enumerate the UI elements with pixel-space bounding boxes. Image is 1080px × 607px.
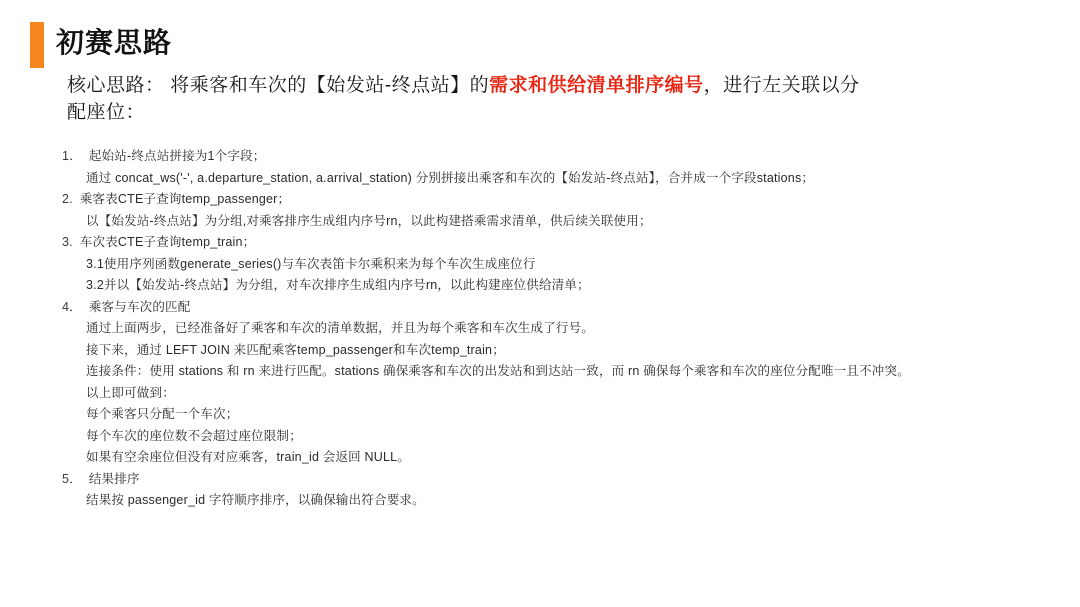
outline-subline: 如果有空余座位但没有对应乘客，train_id 会返回 NULL。: [62, 447, 1057, 469]
outline-subline: 3.1使用序列函数generate_series()与车次表笛卡尔乘积来为每个车…: [62, 254, 1057, 276]
outline-subline: 每个乘客只分配一个车次；: [62, 404, 1057, 426]
outline-item: 1．起始站-终点站拼接为1个字段；: [62, 146, 1057, 168]
outline-subline: 以【始发站-终点站】为分组,对乘客排序生成组内序号rn，以此构建搭乘需求清单，供…: [62, 211, 1057, 233]
outline-subline: 3.2并以【始发站-终点站】为分组，对车次排序生成组内序号rn，以此构建座位供给…: [62, 275, 1057, 297]
outline-list: 1．起始站-终点站拼接为1个字段；通过 concat_ws('-', a.dep…: [62, 146, 1057, 512]
outline-subline: 连接条件：使用 stations 和 rn 来进行匹配。stations 确保乘…: [62, 361, 1057, 383]
outline-item: 5．结果排序: [62, 469, 1057, 491]
outline-subline: 通过上面两步，已经准备好了乘客和车次的清单数据，并且为每个乘客和车次生成了行号。: [62, 318, 1057, 340]
outline-item-text: 结果排序: [89, 469, 140, 491]
outline-subline: 通过 concat_ws('-', a.departure_station, a…: [62, 168, 1057, 190]
outline-subline: 以上即可做到：: [62, 383, 1057, 405]
outline-item: 3.车次表CTE子查询temp_train；: [62, 232, 1057, 254]
outline-item-number: 2.: [62, 189, 73, 211]
outline-subline: 结果按 passenger_id 字符顺序排序，以确保输出符合要求。: [62, 490, 1057, 512]
core-idea-paragraph: 核心思路： 将乘客和车次的【始发站-终点站】的需求和供给清单排序编号，进行左关联…: [67, 72, 879, 126]
outline-item-text: 乘客表CTE子查询temp_passenger；: [80, 189, 290, 211]
outline-subline: 接下来，通过 LEFT JOIN 来匹配乘客temp_passenger和车次t…: [62, 340, 1057, 362]
outline-item-number: 5．: [62, 469, 82, 491]
outline-item: 4．乘客与车次的匹配: [62, 297, 1057, 319]
outline-item-text: 乘客与车次的匹配: [89, 297, 191, 319]
core-idea-prefix: 核心思路： 将乘客和车次的【始发站-终点站】的: [67, 75, 489, 96]
outline-item-number: 3.: [62, 232, 73, 254]
slide-header: 初赛思路: [30, 22, 172, 68]
outline-item-number: 1．: [62, 146, 82, 168]
outline-item-number: 4．: [62, 297, 82, 319]
title-accent-bar: [30, 22, 44, 68]
page-title: 初赛思路: [56, 28, 172, 59]
outline-item-text: 车次表CTE子查询temp_train；: [80, 232, 256, 254]
core-idea-highlight: 需求和供给清单排序编号: [489, 75, 704, 96]
outline-item-text: 起始站-终点站拼接为1个字段；: [89, 146, 266, 168]
slide: 初赛思路 核心思路： 将乘客和车次的【始发站-终点站】的需求和供给清单排序编号，…: [0, 0, 1080, 607]
outline-item: 2.乘客表CTE子查询temp_passenger；: [62, 189, 1057, 211]
outline-subline: 每个车次的座位数不会超过座位限制；: [62, 426, 1057, 448]
